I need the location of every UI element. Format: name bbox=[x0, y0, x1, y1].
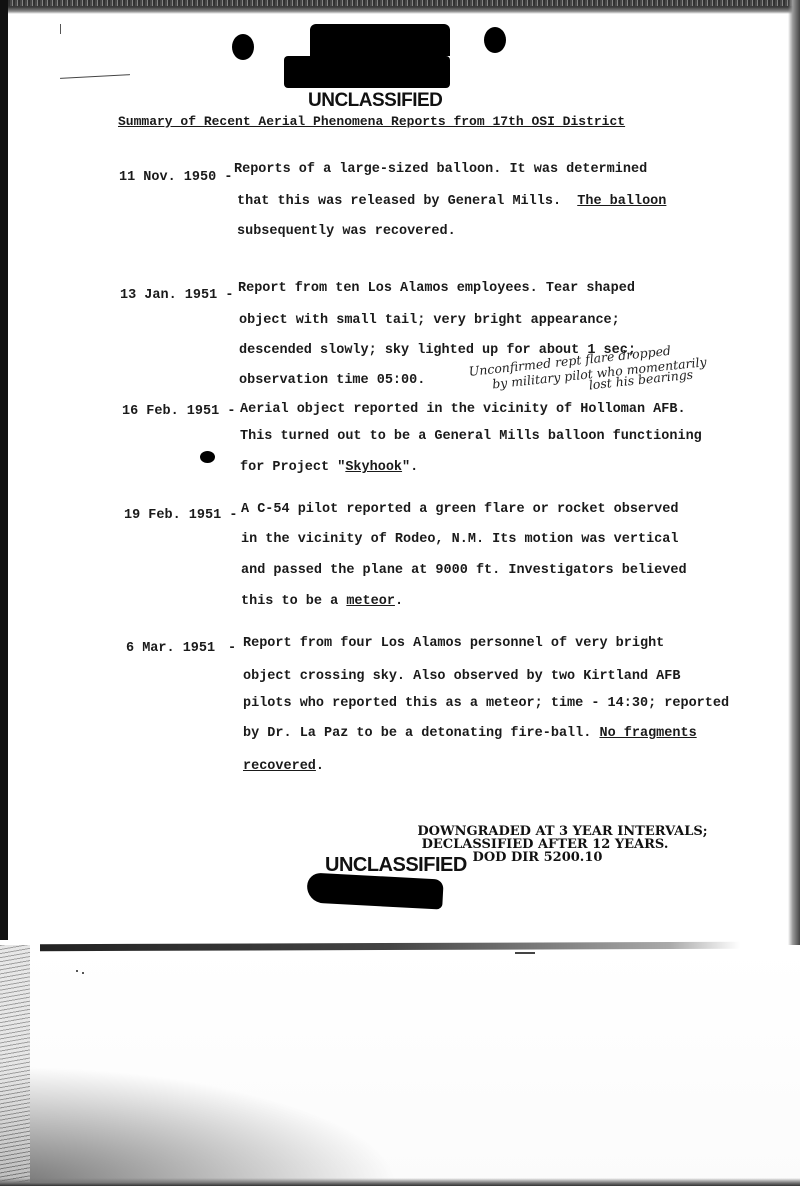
entry-dash: - bbox=[228, 641, 236, 656]
entry-line: and passed the plane at 9000 ft. Investi… bbox=[241, 563, 687, 578]
entry-line: in the vicinity of Rodeo, N.M. Its motio… bbox=[241, 532, 678, 547]
scan-speck bbox=[82, 972, 84, 974]
entry-text: that this was released by General Mills. bbox=[237, 194, 561, 209]
entry-line: object crossing sky. Also observed by tw… bbox=[243, 669, 680, 684]
entry-line: this to be a meteor. bbox=[241, 594, 403, 609]
scan-noise-left bbox=[0, 945, 30, 1186]
underlined-text: Skyhook bbox=[345, 460, 402, 475]
pencil-mark bbox=[60, 74, 130, 79]
underlined-text: meteor bbox=[346, 594, 395, 609]
entry-text: for Project " bbox=[240, 460, 345, 475]
scan-bottom-edge bbox=[0, 1178, 800, 1186]
underlying-page bbox=[0, 945, 800, 1186]
entry-line: by Dr. La Paz to be a detonating fire-ba… bbox=[243, 726, 697, 741]
scan-mark bbox=[515, 952, 535, 954]
ink-blot bbox=[200, 451, 215, 463]
entry-line: Aerial object reported in the vicinity o… bbox=[240, 402, 686, 417]
entry-text: this to be a bbox=[241, 594, 346, 609]
underlined-text: recovered bbox=[243, 759, 316, 774]
punch-hole-left bbox=[232, 34, 254, 60]
entry-text: . bbox=[316, 759, 324, 774]
redaction-bottom bbox=[306, 872, 443, 909]
entry-line: subsequently was recovered. bbox=[237, 224, 456, 239]
entry-date: 16 Feb. 1951 - bbox=[122, 404, 235, 419]
redaction-top-upper bbox=[310, 24, 450, 56]
entry-text: . bbox=[395, 594, 403, 609]
underlined-text: The balloon bbox=[577, 194, 666, 209]
entry-line: object with small tail; very bright appe… bbox=[239, 313, 620, 328]
scan-speck bbox=[60, 24, 61, 34]
entry-date: 13 Jan. 1951 - bbox=[120, 288, 233, 303]
entry-line: recovered. bbox=[243, 759, 324, 774]
underlined-text: No fragments bbox=[599, 726, 696, 741]
entry-line: that this was released by General Mills.… bbox=[237, 194, 666, 209]
entry-line: pilots who reported this as a meteor; ti… bbox=[243, 696, 729, 711]
entry-text: by Dr. La Paz to be a detonating fire-ba… bbox=[243, 726, 599, 741]
scan-top-grain bbox=[0, 0, 800, 6]
entry-text: ". bbox=[402, 460, 418, 475]
classification-stamp-top: UNCLASSIFIED bbox=[308, 90, 442, 112]
scan-speck bbox=[76, 970, 78, 972]
entry-date: 11 Nov. 1950 - bbox=[119, 170, 232, 185]
entry-line: for Project "Skyhook". bbox=[240, 460, 418, 475]
punch-hole-right bbox=[484, 27, 506, 53]
entry-date: 19 Feb. 1951 - bbox=[124, 508, 237, 523]
entry-date: 6 Mar. 1951 bbox=[126, 641, 215, 656]
entry-line: A C-54 pilot reported a green flare or r… bbox=[241, 502, 678, 517]
scan-left-edge bbox=[0, 0, 8, 940]
document-title: Summary of Recent Aerial Phenomena Repor… bbox=[118, 114, 625, 129]
redaction-top-lower bbox=[284, 56, 450, 88]
entry-line: This turned out to be a General Mills ba… bbox=[240, 429, 702, 444]
entry-line: observation time 05:00. bbox=[239, 373, 425, 388]
entry-line: Reports of a large-sized balloon. It was… bbox=[234, 162, 647, 177]
entry-line: Report from ten Los Alamos employees. Te… bbox=[238, 281, 635, 296]
entry-line: Report from four Los Alamos personnel of… bbox=[243, 636, 664, 651]
